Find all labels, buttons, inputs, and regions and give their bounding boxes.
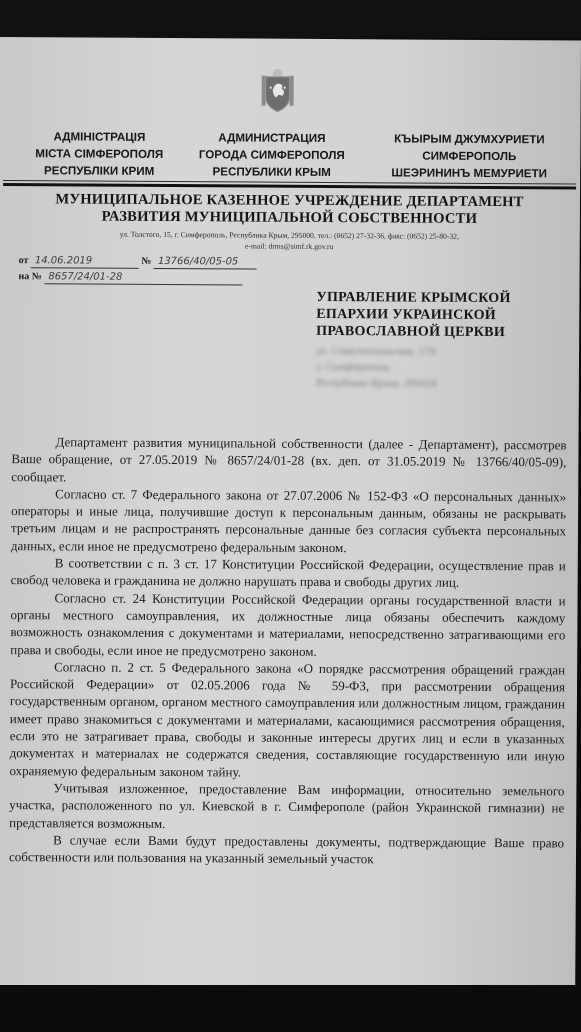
letterhead-line: ШЕЭРИНИНЪ МЕМУРИЕТИ — [369, 164, 569, 182]
recipient-address-redacted: ул. Севастопольская, 17А г. Симферополь … — [316, 343, 516, 392]
organization-address: ул. Толстого, 15, г. Симферополь, Респуб… — [0, 228, 580, 254]
letter-page: АДМІНІСТРАЦІЯ МІСТА СІМФЕРОПОЛЯ РЕСПУБЛІ… — [0, 37, 581, 991]
recipient-line: ПРАВОСЛАВНОЙ ЦЕРКВИ — [316, 323, 566, 342]
photo-background-bottom — [0, 985, 581, 1032]
recipient-address-line: Республика Крым, 295024 — [316, 375, 516, 392]
letter-body: Департамент развития муниципальной собст… — [9, 433, 567, 869]
body-paragraph: Департамент развития муниципальной собст… — [11, 433, 566, 488]
recipient-line: УПРАВЛЕНИЕ КРЫМСКОЙ — [316, 289, 566, 308]
letter-date: 14.06.2019 — [31, 255, 139, 269]
letterhead-line: СИМФЕРОПОЛЬ — [369, 147, 569, 165]
organization-title: МУНИЦИПАЛЬНОЕ КАЗЕННОЕ УЧРЕЖДЕНИЕ ДЕПАРТ… — [0, 191, 580, 229]
recipient-address-line: ул. Севастопольская, 17А — [316, 343, 516, 360]
letterhead-line: РЕСПУБЛИКИ КРЫМ — [184, 163, 359, 181]
letter-number: 13766/40/05-05 — [154, 256, 257, 270]
letterhead-line: РЕСПУБЛІКИ КРИМ — [19, 162, 179, 180]
recipient-line: ЕПАРХИИ УКРАИНСКОЙ — [316, 306, 566, 325]
letterhead-line: ГОРОДА СИМФЕРОПОЛЯ — [184, 146, 359, 164]
incoming-reference: на № 8657/24/01-28 — [18, 271, 242, 285]
letterhead-russian: АДМИНИСТРАЦИЯ ГОРОДА СИМФЕРОПОЛЯ РЕСПУБЛ… — [184, 129, 359, 181]
photo-background-top — [0, 0, 581, 38]
letterhead-line: АДМИНИСТРАЦИЯ — [184, 129, 359, 147]
body-paragraph: Учитывая изложенное, предоставление Вам … — [9, 779, 564, 834]
body-paragraph: В соответствии с п. 3 ст. 17 Конституции… — [11, 554, 566, 592]
body-paragraph: В случае если Вами будут предоставлены д… — [9, 831, 564, 869]
body-paragraph: Согласно п. 2 ст. 5 Федерального закона … — [9, 658, 565, 782]
organization-title-line: МУНИЦИПАЛЬНОЕ КАЗЕННОЕ УЧРЕЖДЕНИЕ ДЕПАРТ… — [0, 191, 580, 212]
letterhead-ukrainian: АДМІНІСТРАЦІЯ МІСТА СІМФЕРОПОЛЯ РЕСПУБЛІ… — [19, 128, 179, 180]
re-number: 8657/24/01-28 — [44, 271, 242, 285]
recipient-block: УПРАВЛЕНИЕ КРЫМСКОЙ ЕПАРХИИ УКРАИНСКОЙ П… — [316, 289, 566, 342]
letterhead-line: КЪЫРЫМ ДЖУМХУРИЕТИ — [369, 130, 569, 148]
body-paragraph: Согласно ст. 24 Конституции Российской Ф… — [10, 589, 565, 662]
outgoing-reference: от 14.06.2019 № 13766/40/05-05 — [19, 255, 257, 269]
letterhead-crimean-tatar: КЪЫРЫМ ДЖУМХУРИЕТИ СИМФЕРОПОЛЬ ШЕЭРИНИНЪ… — [369, 130, 569, 182]
letterhead-line: АДМІНІСТРАЦІЯ — [19, 128, 179, 146]
email-line: e-mail: drms@simf.rk.gov.ru — [0, 239, 580, 254]
body-paragraph: Согласно ст. 7 Федерального закона от 27… — [11, 485, 566, 558]
number-label: № — [141, 256, 151, 267]
recipient-address-line: г. Симферополь — [316, 359, 516, 376]
organization-title-line: РАЗВИТИЯ МУНИЦИПАЛЬНОЙ СОБСТВЕННОСТИ — [0, 208, 580, 229]
crimea-coat-of-arms-icon — [260, 69, 296, 115]
letterhead-line: МІСТА СІМФЕРОПОЛЯ — [19, 145, 179, 163]
re-label: на № — [19, 271, 42, 282]
from-label: от — [19, 255, 29, 266]
